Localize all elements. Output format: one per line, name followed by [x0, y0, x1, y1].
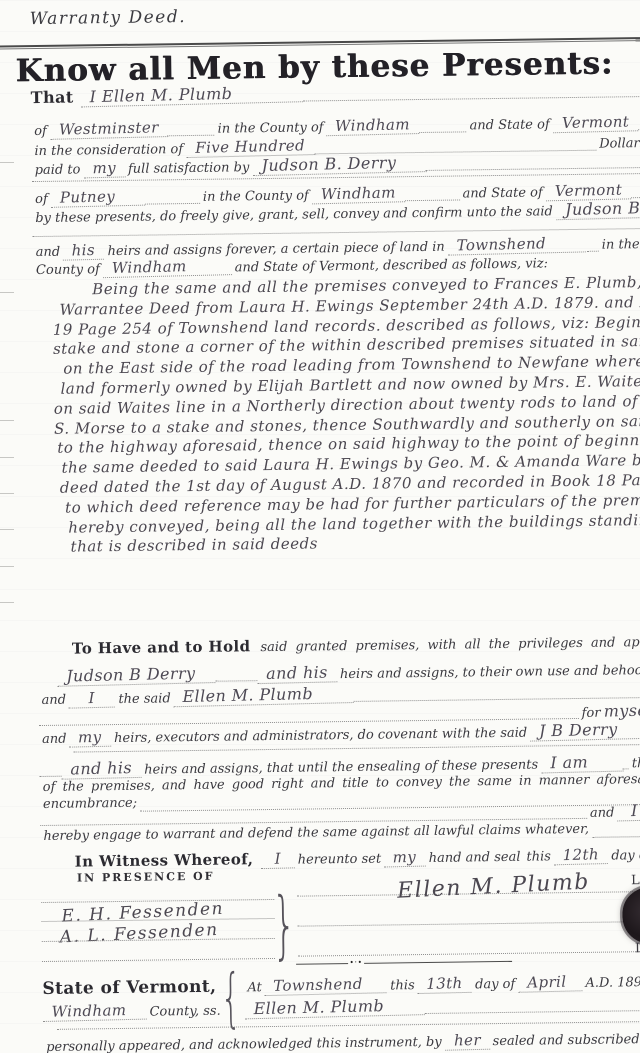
dotted-leader	[419, 119, 466, 133]
state-of-vermont-line: State of Vermont,	[42, 977, 232, 997]
sole-owner-label: the sole owner	[629, 754, 640, 773]
grantee-county-entry: Windham	[311, 183, 404, 204]
that-label: That	[31, 87, 81, 107]
for-pronoun-entry: myself	[603, 700, 640, 720]
county-ss-line: Windham County, ss.	[43, 1001, 228, 1021]
signature-dotted-line	[298, 951, 640, 957]
notary-county-entry: Windham	[42, 1001, 146, 1022]
her-entry-1: her	[444, 1031, 489, 1051]
grantee-town-entry: Putney	[50, 187, 145, 208]
dotted-leader	[631, 185, 640, 199]
to-have-and-hold-label: To Have and to Hold	[72, 637, 258, 657]
and-his-entry: and his	[257, 662, 337, 684]
wax-seal-icon	[622, 887, 640, 945]
dotted-leader	[405, 187, 460, 201]
dotted-leader	[424, 998, 640, 1014]
grantor-state-entry: Vermont	[552, 112, 638, 133]
notary-place-entry: Townshend	[264, 974, 387, 996]
county-ss-label: County, ss.	[146, 1003, 223, 1022]
dotted-leader	[353, 684, 640, 701]
day-of-label: day of	[608, 847, 640, 865]
hand-seal-label: hand and seal	[426, 849, 524, 868]
in-presence-of-label: IN PRESENCE OF	[77, 870, 215, 885]
day-number-entry: 12th	[554, 845, 609, 865]
grantor-name-entry: Ellen M. Plumb	[173, 683, 353, 707]
dotted-leader	[586, 239, 599, 252]
covenant-label: heirs, executors and administrators, do …	[111, 725, 530, 748]
this-label: this	[387, 977, 418, 995]
paid-to-label: paid to	[32, 161, 84, 179]
section-divider	[296, 961, 512, 965]
witness-brace	[272, 888, 297, 962]
notary-month-entry: April	[518, 972, 583, 993]
acknowledged-pre-label: personally appeared, and acknowledged th…	[43, 1034, 445, 1053]
and-label: and	[39, 731, 70, 749]
witness-whereof-line: In Witness Whereof, I hereunto set my ha…	[75, 845, 640, 871]
granted-premises-label: said granted premises, with all the priv…	[257, 631, 640, 657]
at-label: At	[244, 979, 265, 997]
witness-my-entry: my	[384, 848, 426, 868]
grantee-name-entry3: Judson B Derry	[57, 663, 216, 687]
state-described-label: and State of Vermont, described as follo…	[232, 255, 552, 277]
paid-to-entry: my	[83, 158, 125, 178]
blank-dotted-line	[57, 1021, 640, 1030]
in-witness-whereof-label: In Witness Whereof,	[75, 850, 261, 870]
and-label: and	[39, 692, 70, 710]
grantor-signature: Ellen M. Plumb	[397, 869, 591, 903]
dotted-leader	[592, 823, 640, 837]
dotted-leader	[302, 84, 640, 102]
dotted-leader	[216, 668, 258, 682]
heirs-pronoun-entry: his	[63, 241, 105, 261]
grantee-heirs-line: Judson B Derry and his heirs and assigns…	[57, 658, 640, 684]
deed-document-page: Warranty Deed. Know all Men by these Pre…	[0, 0, 640, 1053]
land-county-entry: Windham	[103, 256, 232, 278]
dotted-leader	[167, 123, 214, 137]
dotted-leader	[145, 191, 200, 205]
grantor-town-entry: Westminster	[49, 118, 167, 140]
property-description: Being the same and all the premises conv…	[47, 271, 640, 558]
of-label: of	[31, 123, 50, 141]
state-label: and State of	[466, 116, 552, 135]
witness-i-entry: I	[260, 849, 295, 869]
grantor-signature-entry: I Ellen M. Plumb	[80, 82, 302, 107]
seal-letter-top: L	[631, 873, 640, 888]
habendum-line: To Have and to Hold said granted premise…	[72, 631, 640, 658]
confirm-label: by these presents, do freely give, grant…	[32, 203, 556, 227]
grantor-county-entry: Windham	[326, 115, 419, 136]
year-label: A.D. 189	[582, 974, 640, 992]
my-pronoun-entry: my	[69, 728, 111, 748]
notary-date-line: At Townshend this 13th day of April A.D.…	[244, 972, 640, 995]
seal-letter-bottom: I	[635, 941, 640, 956]
dotted-leader	[39, 764, 61, 777]
this-label: this	[523, 848, 554, 866]
i-am-entry: I am	[541, 752, 623, 774]
and-his-entry2: and his	[61, 758, 141, 780]
covenant-grantee-entry: J B Derry	[530, 719, 640, 742]
appeared-name-entry: Ellen M. Plumb	[244, 995, 424, 1019]
heirs-use-label: heirs and assigns, to their own use and …	[337, 661, 640, 683]
dotted-leader	[426, 155, 640, 171]
notary-day-entry: 13th	[417, 974, 472, 994]
state-of-vermont-label: State of Vermont,	[42, 977, 223, 1000]
satisfaction-label: full satisfaction by	[125, 159, 253, 178]
scanned-form: Warranty Deed. Know all Men by these Pre…	[0, 0, 640, 1053]
grantee-name-entry2: Judson B. Derry	[555, 196, 640, 220]
i-pronoun-entry: I	[617, 801, 640, 822]
notary-brace	[220, 966, 241, 1030]
day-of-label: day of	[472, 976, 518, 994]
grantor-pronoun-entry: I	[69, 689, 116, 709]
acknowledged-mid-label: sealed and subscribed, to be	[490, 1031, 640, 1051]
hereunto-label: hereunto set	[295, 851, 385, 870]
county-of-label: County of	[33, 261, 103, 279]
form-type-label: Warranty Deed.	[30, 7, 187, 29]
grantee-name-entry: Judson B. Derry	[252, 152, 426, 176]
signature-dotted-line	[298, 921, 640, 927]
appeared-name-line: Ellen M. Plumb	[245, 994, 640, 1018]
acknowledgment-line: personally appeared, and acknowledged th…	[43, 1028, 640, 1053]
the-said-label: the said	[115, 690, 174, 708]
